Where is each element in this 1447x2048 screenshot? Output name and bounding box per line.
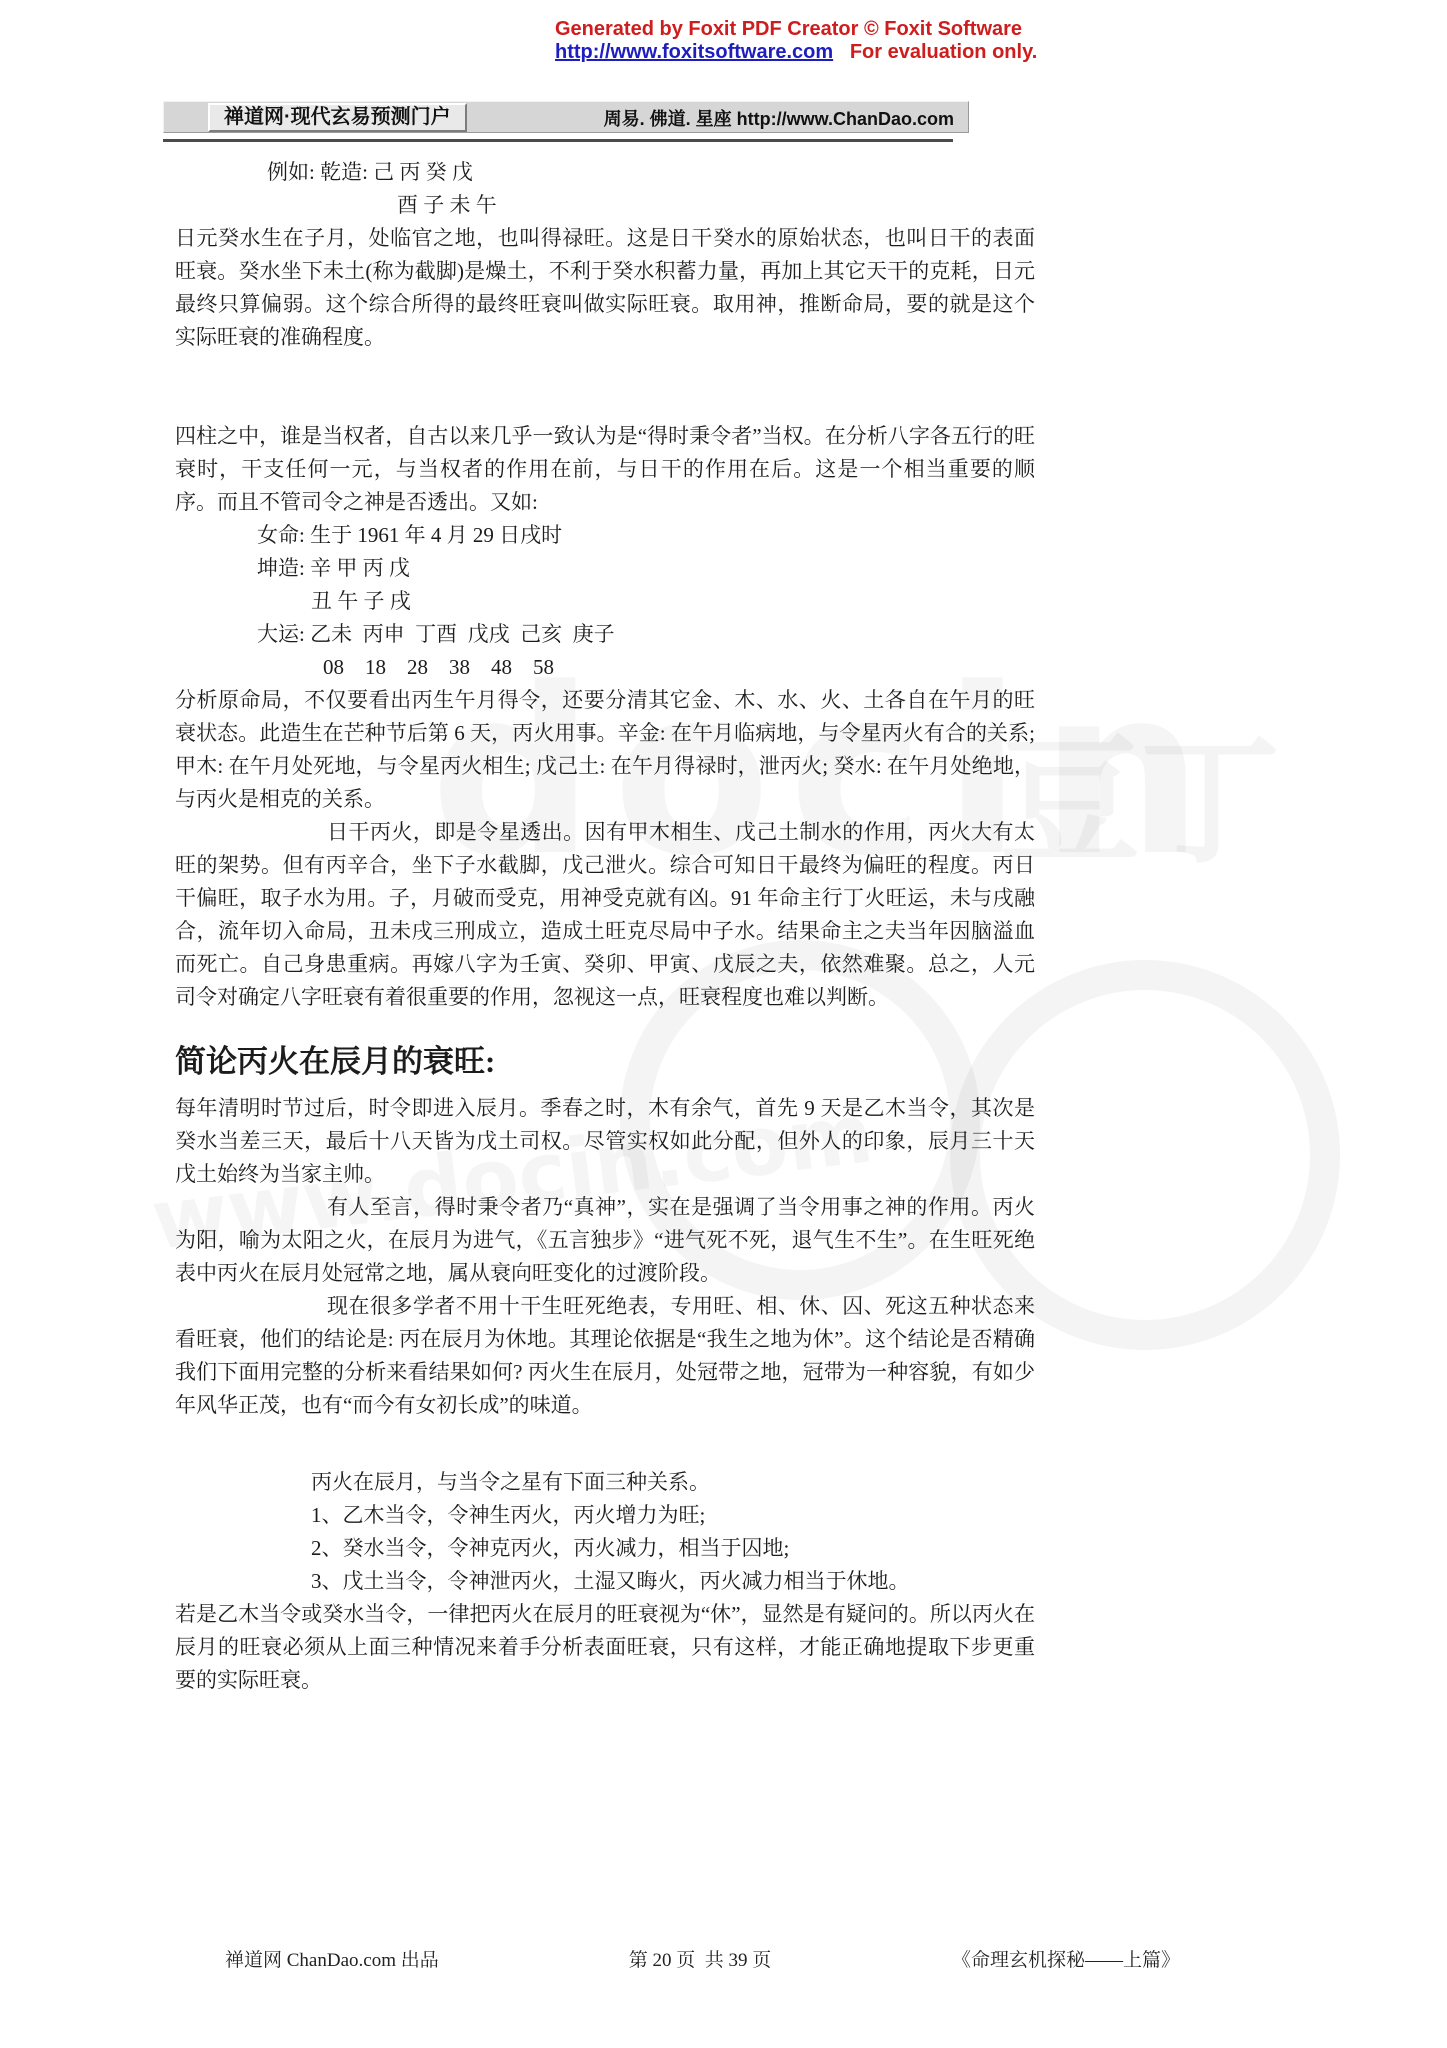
paragraph-7: 现在很多学者不用十干生旺死绝表，专用旺、相、休、囚、死这五种状态来看旺衰，他们的… [175, 1290, 1035, 1422]
luck-ages-line: 08 18 28 38 48 58 [175, 651, 1035, 684]
foxit-notice-line1: Generated by Foxit PDF Creator © Foxit S… [555, 18, 985, 41]
paragraph-6: 有人至言，得时秉令者乃“真神”，实在是强调了当令用事之神的作用。丙火为阳，喻为太… [175, 1191, 1035, 1290]
kun-chart-stems-line: 坤造: 辛 甲 丙 戊 [175, 552, 1035, 585]
paragraph-3: 分析原命局，不仅要看出丙生午月得令，还要分清其它金、木、水、火、土各自在午月的旺… [175, 684, 1035, 816]
example-heaven-stems-line: 例如: 乾造: 己 丙 癸 戊 [175, 156, 1035, 189]
document-page: docin 豆丁 www.docin.com Generated by Foxi… [0, 0, 1447, 2048]
foxit-eval-text: For evaluation only. [833, 41, 1037, 63]
female-chart-birth-line: 女命: 生于 1961 年 4 月 29 日戌时 [175, 519, 1035, 552]
relation-item-3: 3、戊土当令，令神泄丙火，土湿又晦火，丙火减力相当于休地。 [175, 1565, 1035, 1598]
paragraph-5: 每年清明时节过后，时令即进入辰月。季春之时，木有余气，首先 9 天是乙木当令，其… [175, 1092, 1035, 1191]
footer-book-title: 《命理玄机探秘——上篇》 [952, 1945, 1180, 1972]
footer-page-number: 第 20 页 共 39 页 [500, 1945, 900, 1972]
docin-watermark-cn: 豆丁 [1000, 690, 1280, 891]
paragraph-8: 若是乙木当令或癸水当令，一律把丙火在辰月的旺衰视为“休”，显然是有疑问的。所以丙… [175, 1598, 1035, 1697]
example-earth-branches-line: 酉 子 未 午 [175, 189, 1035, 222]
site-title-tab: 禅道网·现代玄易预测门户 [208, 103, 467, 132]
footer-publisher: 禅道网 ChanDao.com 出品 [225, 1945, 439, 1972]
document-body: 例如: 乾造: 己 丙 癸 戊 酉 子 未 午 日元癸水生在子月，处临官之地，也… [175, 156, 1035, 1697]
paragraph-4: 日干丙火，即是令星透出。因有甲木相生、戊己土制水的作用，丙火大有太旺的架势。但有… [175, 816, 1035, 1014]
header-rule [163, 139, 953, 142]
site-header-bar: 禅道网·现代玄易预测门户 周易. 佛道. 星座 http://www.ChanD… [163, 101, 969, 133]
site-url-text: 周易. 佛道. 星座 http://www.ChanDao.com [604, 105, 954, 131]
kun-chart-branches-line: 丑 午 子 戌 [175, 585, 1035, 618]
relations-intro-line: 丙火在辰月，与当令之星有下面三种关系。 [175, 1466, 1035, 1499]
relation-item-2: 2、癸水当令，令神克丙火，丙火减力，相当于囚地; [175, 1532, 1035, 1565]
page-footer: 禅道网 ChanDao.com 出品 第 20 页 共 39 页 《命理玄机探秘… [0, 1945, 1447, 1973]
luck-pillars-line: 大运: 乙未 丙申 丁酉 戊戌 己亥 庚子 [175, 618, 1035, 651]
relation-item-1: 1、乙木当令，令神生丙火，丙火增力为旺; [175, 1499, 1035, 1532]
foxit-notice-line2: http://www.foxitsoftware.com For evaluat… [555, 41, 985, 64]
paragraph-1: 日元癸水生在子月，处临官之地，也叫得禄旺。这是日干癸水的原始状态，也叫日干的表面… [175, 222, 1035, 354]
foxit-url-link[interactable]: http://www.foxitsoftware.com [555, 41, 833, 63]
foxit-evaluation-notice: Generated by Foxit PDF Creator © Foxit S… [555, 18, 985, 64]
section-heading: 简论丙火在辰月的衰旺: [175, 1040, 1035, 1084]
paragraph-2: 四柱之中，谁是当权者，自古以来几乎一致认为是“得时秉令者”当权。在分析八字各五行… [175, 420, 1035, 519]
